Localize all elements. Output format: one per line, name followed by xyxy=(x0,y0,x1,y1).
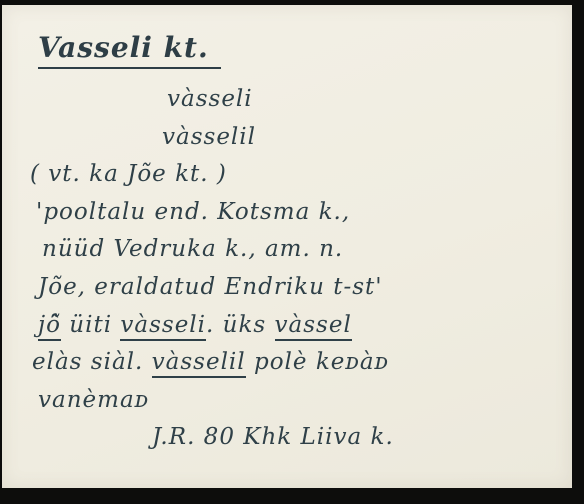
handwritten-line: vàsselil xyxy=(2,119,572,157)
handwritten-text: vàsseli xyxy=(167,86,253,112)
handwritten-line: ( vt. ka Jõe kt. ) xyxy=(2,156,572,194)
handwritten-line: J.R. 80 Khk Liiva k. xyxy=(2,419,572,457)
underlined-word: jõ̂ xyxy=(38,312,61,341)
card-title-text: Vasseli kt. xyxy=(38,31,221,69)
handwritten-line: vanèmaᴅ xyxy=(2,382,572,420)
handwritten-line: vàsseli xyxy=(2,81,572,119)
handwritten-lines: vàsselivàsselil( vt. ka Jõe kt. )'poolta… xyxy=(2,81,572,457)
underlined-word: vàsseli xyxy=(120,312,206,341)
handwritten-text: nüüd Vedruka k., am. n. xyxy=(42,236,343,262)
handwritten-text: ( vt. ka Jõe kt. ) xyxy=(30,161,227,187)
scan-border-bottom xyxy=(0,488,584,504)
handwritten-line: nüüd Vedruka k., am. n. xyxy=(2,231,572,269)
handwritten-text: J.R. 80 Khk Liiva k. xyxy=(152,424,394,450)
index-card: Vasseli kt. vàsselivàsselil( vt. ka Jõe … xyxy=(2,5,572,488)
handwritten-text: 'pooltalu end. Kotsma k., xyxy=(36,199,350,225)
handwritten-text: . üks xyxy=(206,312,275,338)
handwritten-text: polè keᴅàᴅ xyxy=(246,349,389,375)
handwritten-line: Jõe, eraldatud Endriku t-st' xyxy=(2,269,572,307)
card-title: Vasseli kt. xyxy=(38,31,221,69)
handwritten-text: vàsselil xyxy=(162,124,256,150)
handwritten-line: jõ̂ üiti vàsseli. üks vàssel xyxy=(2,307,572,345)
handwritten-line: 'pooltalu end. Kotsma k., xyxy=(2,194,572,232)
underlined-word: vàssel xyxy=(275,312,352,341)
handwritten-text: elàs siàl. xyxy=(32,349,152,375)
handwritten-line: elàs siàl. vàsselil polè keᴅàᴅ xyxy=(2,344,572,382)
handwritten-text: vanèmaᴅ xyxy=(38,387,149,413)
handwritten-text: Jõe, eraldatud Endriku t-st' xyxy=(38,274,383,300)
handwritten-text: üiti xyxy=(61,312,120,338)
underlined-word: vàsselil xyxy=(152,349,246,378)
scan-border-right xyxy=(572,0,584,504)
